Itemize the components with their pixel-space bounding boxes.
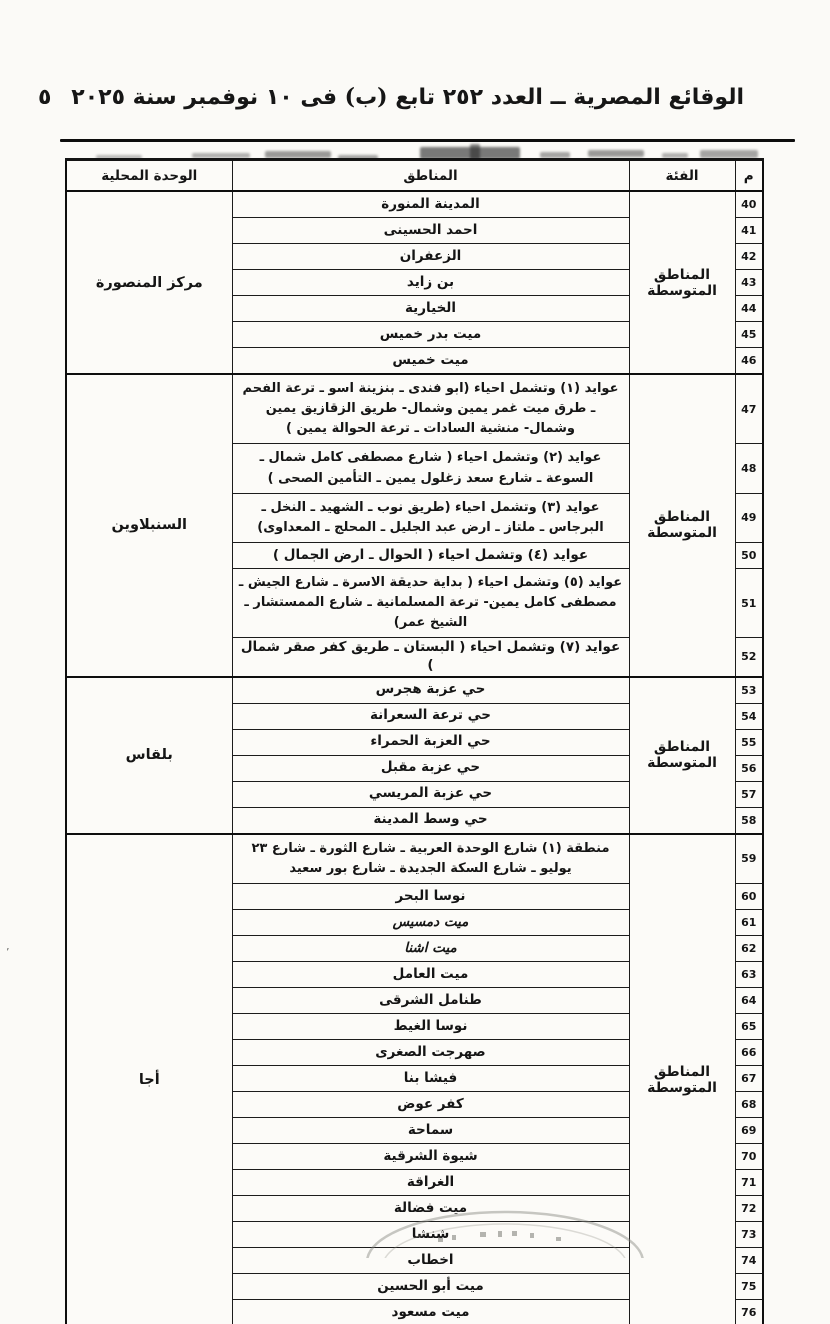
region-cell: حي ترعة السعرانة	[232, 703, 629, 729]
region-cell: عوايد (٢) وتشمل احياء ( شارع مصطفى كامل …	[232, 444, 629, 493]
row-number-cell: 64	[735, 987, 763, 1013]
region-cell: ميت أبو الحسين	[232, 1273, 629, 1299]
region-cell: ميت العامل	[232, 961, 629, 987]
gazette-table: م الفئة المناطق الوحدة المحلية 40المناطق…	[65, 158, 764, 1324]
row-number-cell: 73	[735, 1221, 763, 1247]
table-header-row: م الفئة المناطق الوحدة المحلية	[66, 160, 763, 192]
local-unit-cell: أجا	[66, 834, 232, 1324]
region-cell: ميت اشنا	[232, 935, 629, 961]
region-cell: فيشا بنا	[232, 1065, 629, 1091]
category-cell: المناطق المتوسطة	[629, 374, 735, 677]
region-cell: عوايد (١) وتشمل احياء (ابو فندى ـ بنزينة…	[232, 374, 629, 444]
table-body: 40المناطق المتوسطةالمدينة المنورةمركز ال…	[66, 191, 763, 1324]
gazette-title: الوقائع المصرية ــ العدد ٢٥٢ تابع (ب) فى…	[71, 84, 744, 110]
row-number-cell: 44	[735, 296, 763, 322]
region-cell: المدينة المنورة	[232, 191, 629, 218]
column-header-regions: المناطق	[232, 160, 629, 192]
row-number-cell: 68	[735, 1091, 763, 1117]
row-number-cell: 51	[735, 568, 763, 637]
row-number-cell: 48	[735, 444, 763, 493]
region-cell: ميت مسعود	[232, 1299, 629, 1324]
row-number-cell: 71	[735, 1169, 763, 1195]
local-unit-cell: السنبلاوين	[66, 374, 232, 677]
region-cell: ميت بدر خميس	[232, 322, 629, 348]
row-number-cell: 66	[735, 1039, 763, 1065]
page-header: الوقائع المصرية ــ العدد ٢٥٢ تابع (ب) فى…	[38, 84, 744, 110]
region-cell: اخطاب	[232, 1247, 629, 1273]
row-number-cell: 74	[735, 1247, 763, 1273]
row-number-cell: 56	[735, 755, 763, 781]
region-cell: عوايد (٥) وتشمل احياء ( بداية حديقة الاس…	[232, 568, 629, 637]
region-cell: منطقة (١) شارع الوحدة العربية ـ شارع الث…	[232, 834, 629, 884]
row-number-cell: 58	[735, 807, 763, 834]
table-row: 53المناطق المتوسطةحي عزبة هجرسبلقاس	[66, 677, 763, 704]
margin-speck: ’	[6, 946, 10, 959]
row-number-cell: 55	[735, 729, 763, 755]
row-number-cell: 61	[735, 909, 763, 935]
region-cell: نوسا البحر	[232, 883, 629, 909]
region-cell: حي عزبة هجرس	[232, 677, 629, 704]
region-cell: عوايد (٤) وتشمل احياء ( الحوال ـ ارض الج…	[232, 542, 629, 568]
region-cell: طنامل الشرقى	[232, 987, 629, 1013]
column-header-serial: م	[735, 160, 763, 192]
region-cell: الزعفران	[232, 244, 629, 270]
region-cell: ميت خميس	[232, 348, 629, 375]
category-cell: المناطق المتوسطة	[629, 191, 735, 374]
region-cell: كفر عوض	[232, 1091, 629, 1117]
row-number-cell: 75	[735, 1273, 763, 1299]
page-number: ٥	[38, 84, 51, 110]
row-number-cell: 59	[735, 834, 763, 884]
table-row: 59المناطق المتوسطةمنطقة (١) شارع الوحدة …	[66, 834, 763, 884]
row-number-cell: 45	[735, 322, 763, 348]
category-cell: المناطق المتوسطة	[629, 677, 735, 834]
row-number-cell: 70	[735, 1143, 763, 1169]
table-row: 40المناطق المتوسطةالمدينة المنورةمركز ال…	[66, 191, 763, 218]
region-cell: عوايد (٧) وتشمل احياء ( البستان ـ طريق ك…	[232, 638, 629, 677]
region-cell: نوسا الغيط	[232, 1013, 629, 1039]
row-number-cell: 57	[735, 781, 763, 807]
region-cell: احمد الحسينى	[232, 218, 629, 244]
row-number-cell: 65	[735, 1013, 763, 1039]
region-cell: حي عزبة مقبل	[232, 755, 629, 781]
row-number-cell: 60	[735, 883, 763, 909]
row-number-cell: 43	[735, 270, 763, 296]
column-header-category: الفئة	[629, 160, 735, 192]
row-number-cell: 69	[735, 1117, 763, 1143]
local-unit-cell: بلقاس	[66, 677, 232, 834]
row-number-cell: 50	[735, 542, 763, 568]
row-number-cell: 52	[735, 638, 763, 677]
region-cell: بن زايد	[232, 270, 629, 296]
row-number-cell: 54	[735, 703, 763, 729]
region-cell: شنشا	[232, 1221, 629, 1247]
row-number-cell: 72	[735, 1195, 763, 1221]
row-number-cell: 62	[735, 935, 763, 961]
row-number-cell: 53	[735, 677, 763, 704]
table-row: 47المناطق المتوسطةعوايد (١) وتشمل احياء …	[66, 374, 763, 444]
row-number-cell: 40	[735, 191, 763, 218]
region-cell: الغراقة	[232, 1169, 629, 1195]
region-cell: ميت فضالة	[232, 1195, 629, 1221]
local-unit-cell: مركز المنصورة	[66, 191, 232, 374]
region-cell: حي العزبة الحمراء	[232, 729, 629, 755]
row-number-cell: 42	[735, 244, 763, 270]
region-cell: شيوة الشرقية	[232, 1143, 629, 1169]
region-cell: صهرجت الصغرى	[232, 1039, 629, 1065]
row-number-cell: 41	[735, 218, 763, 244]
region-cell: حي عزبة المريسي	[232, 781, 629, 807]
row-number-cell: 46	[735, 348, 763, 375]
region-cell: عوايد (٣) وتشمل احياء (طريق نوب ـ الشهيد…	[232, 493, 629, 542]
row-number-cell: 49	[735, 493, 763, 542]
region-cell: الخيارية	[232, 296, 629, 322]
row-number-cell: 67	[735, 1065, 763, 1091]
row-number-cell: 47	[735, 374, 763, 444]
column-header-local-unit: الوحدة المحلية	[66, 160, 232, 192]
region-cell: حي وسط المدينة	[232, 807, 629, 834]
row-number-cell: 63	[735, 961, 763, 987]
category-cell: المناطق المتوسطة	[629, 834, 735, 1324]
row-number-cell: 76	[735, 1299, 763, 1324]
header-rule	[60, 139, 795, 142]
region-cell: ميت دمسيس	[232, 909, 629, 935]
region-cell: سماحة	[232, 1117, 629, 1143]
